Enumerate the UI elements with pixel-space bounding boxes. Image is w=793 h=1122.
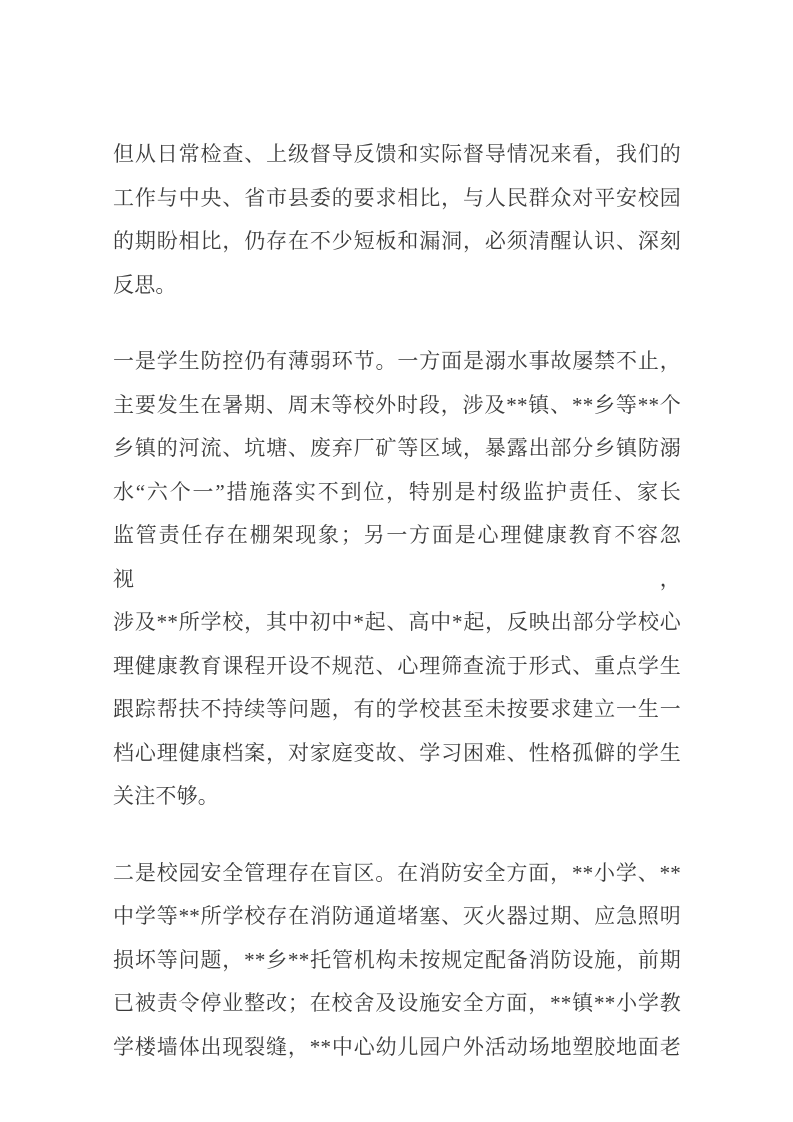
paragraph: 二是校园安全管理存在盲区。在消防安全方面，**小学、**中学等**所学校存在消防…	[113, 852, 681, 1070]
text-line: 涉及**所学校，其中初中*起、高中*起，反映出部分学校心	[113, 601, 681, 645]
text-line: 工作与中央、省市县委的要求相比，与人民群众对平安校园	[113, 177, 681, 221]
text-line: 中学等**所学校存在消防通道堵塞、灭火器过期、应急照明	[113, 895, 681, 939]
text-line: 一是学生防控仍有薄弱环节。一方面是溺水事故屡禁不止，	[113, 340, 681, 384]
text-line: 水“六个一”措施落实不到位，特别是村级监护责任、家长	[113, 471, 681, 515]
text-line: 的期盼相比，仍存在不少短板和漏洞，必须清醒认识、深刻	[113, 220, 681, 264]
text-line: 学楼墙体出现裂缝，**中心幼儿园户外活动场地塑胶地面老	[113, 1026, 681, 1070]
paragraph: 一是学生防控仍有薄弱环节。一方面是溺水事故屡禁不止，主要发生在暑期、周末等校外时…	[113, 340, 681, 819]
text-line: 二是校园安全管理存在盲区。在消防安全方面，**小学、**	[113, 852, 681, 896]
text-line: 反思。	[113, 264, 681, 308]
text-line: 乡镇的河流、坑塘、废弃厂矿等区域，暴露出部分乡镇防溺	[113, 427, 681, 471]
text-line: 关注不够。	[113, 775, 681, 819]
document-page: 但从日常检查、上级督导反馈和实际督导情况来看，我们的工作与中央、省市县委的要求相…	[0, 0, 793, 1122]
paragraph: 但从日常检查、上级督导反馈和实际督导情况来看，我们的工作与中央、省市县委的要求相…	[113, 133, 681, 307]
text-line: 档心理健康档案，对家庭变故、学习困难、性格孤僻的学生	[113, 732, 681, 776]
text-line: 但从日常检查、上级督导反馈和实际督导情况来看，我们的	[113, 133, 681, 177]
text-line: 监管责任存在棚架现象；另一方面是心理健康教育不容忽视，	[113, 514, 681, 601]
document-body: 但从日常检查、上级督导反馈和实际督导情况来看，我们的工作与中央、省市县委的要求相…	[113, 133, 681, 1069]
text-line: 损坏等问题，**乡**托管机构未按规定配备消防设施，前期	[113, 939, 681, 983]
text-line: 理健康教育课程开设不规范、心理筛查流于形式、重点学生	[113, 645, 681, 689]
text-line: 跟踪帮扶不持续等问题，有的学校甚至未按要求建立一生一	[113, 688, 681, 732]
text-line: 已被责令停业整改；在校舍及设施安全方面，**镇**小学教	[113, 982, 681, 1026]
text-line: 主要发生在暑期、周末等校外时段，涉及**镇、**乡等**个	[113, 384, 681, 428]
